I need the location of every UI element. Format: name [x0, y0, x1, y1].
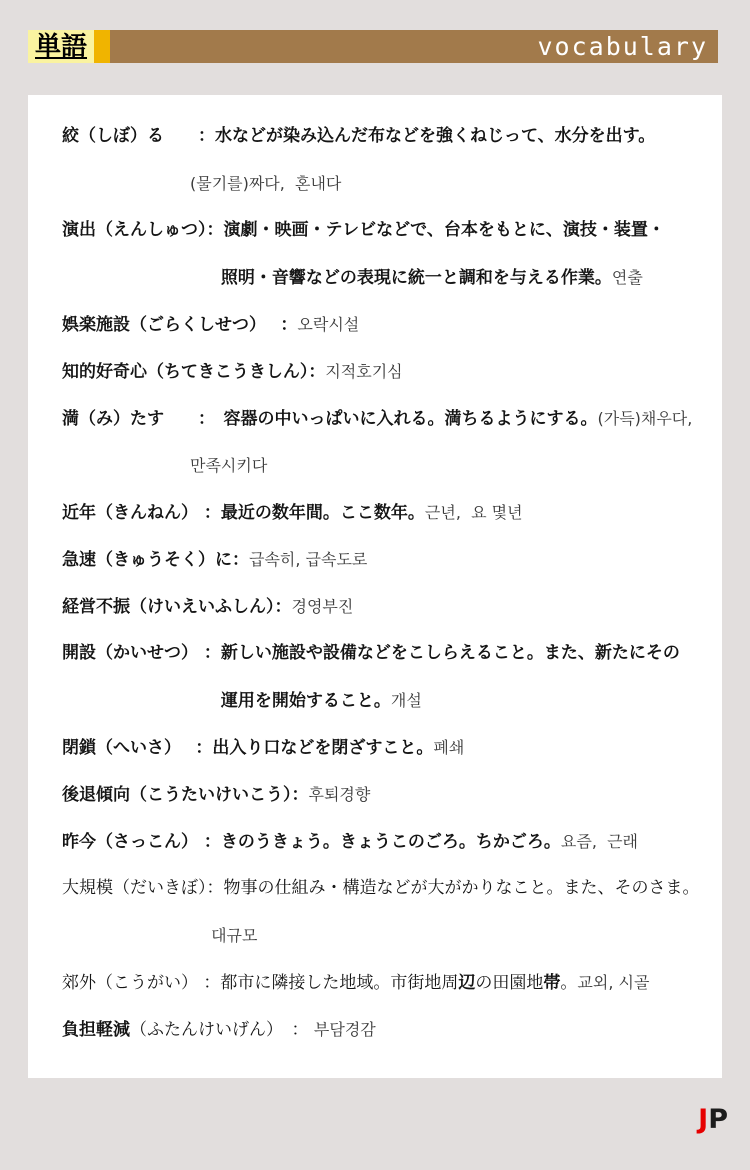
header-bar: vocabulary — [110, 30, 718, 63]
korean-text: 대규모 — [62, 926, 257, 945]
japanese-text: 郊外（こうがい） ：都市に隣接した地域。市街地周 — [62, 973, 458, 993]
japanese-text: 絞（しぼ）る ：水などが染み込んだ布などを強くねじって、水分を出す。 — [62, 126, 655, 146]
japanese-text: 開設（かいせつ） ：新しい施設や設備などをこしらえること。また、新たにその — [62, 643, 680, 663]
korean-text: (가득)채우다, — [598, 409, 693, 428]
korean-text: 급속히, 급속도로 — [249, 550, 367, 569]
korean-text: (물기를)짜다, 혼내다 — [62, 174, 341, 193]
japanese-text: 近年（きんねん） ：最近の数年間。ここ数年。 — [62, 503, 425, 523]
vocab-list: 絞（しぼ）る ：水などが染み込んだ布などを強くねじって、水分を出す。 (물기를)… — [62, 113, 716, 1053]
japanese-text: 閉鎖（へいさ） ：出入り口などを閉ざすこと。 — [62, 738, 433, 758]
japanese-text: 経営不振（けいえいふしん）： — [62, 597, 292, 617]
japanese-text: 昨今（さっこん） ：きのうきょう。きょうこのごろ。ちかごろ。 — [62, 832, 561, 852]
vocab-line: 대규모 — [62, 912, 716, 959]
vocab-line: 知的好奇心（ちてきこうきしん）：지적호기심 — [62, 348, 716, 395]
vocab-line: 急速（きゅうそく）に：급속히, 급속도로 — [62, 536, 716, 583]
vocab-line: 郊外（こうがい） ：都市に隣接した地域。市街地周辺の田園地帯。교외, 시골 — [62, 959, 716, 1006]
vocab-line: 絞（しぼ）る ：水などが染み込んだ布などを強くねじって、水分を出す。 — [62, 113, 716, 160]
vocab-card: 絞（しぼ）る ：水などが染み込んだ布などを強くねじって、水分を出す。 (물기를)… — [28, 95, 722, 1078]
korean-text: 근년, 요 몇년 — [425, 503, 523, 522]
japanese-text: 照明・音響などの表現に統一と調和を与える作業。 — [62, 268, 612, 288]
vocab-line: 開設（かいせつ） ：新しい施設や設備などをこしらえること。また、新たにその — [62, 630, 716, 677]
korean-text: 개설 — [391, 691, 422, 710]
japanese-text: 娯楽施設（ごらくしせつ） ： — [62, 315, 297, 335]
vocab-line: 経営不振（けいえいふしん）：경영부진 — [62, 583, 716, 630]
footer-logo: JP — [698, 1106, 728, 1133]
header: 単語 vocabulary — [28, 30, 718, 63]
korean-text: 후퇴경향 — [309, 785, 371, 804]
japanese-text: 満（み）たす ： 容器の中いっぱいに入れる。満ちるようにする。 — [62, 409, 598, 429]
japanese-text: 。 — [560, 973, 577, 993]
japanese-text: 辺 — [458, 973, 475, 993]
vocab-line: 娯楽施設（ごらくしせつ） ：오락시설 — [62, 301, 716, 348]
korean-text: 만족시키다 — [62, 456, 267, 475]
vocab-line: 負担軽減（ふたんけいげん） ： 부담경감 — [62, 1006, 716, 1053]
japanese-text: 帯 — [543, 973, 560, 993]
vocab-line: 昨今（さっこん） ：きのうきょう。きょうこのごろ。ちかごろ。요즘, 근래 — [62, 818, 716, 865]
japanese-text: 運用を開始すること。 — [62, 691, 391, 711]
korean-text: 지적호기심 — [325, 362, 402, 381]
japanese-text: 急速（きゅうそく）に： — [62, 550, 249, 570]
header-title-en: vocabulary — [537, 34, 708, 59]
vocab-line: 満（み）たす ： 容器の中いっぱいに入れる。満ちるようにする。(가득)채우다, — [62, 395, 716, 442]
korean-text: 폐쇄 — [433, 738, 464, 757]
logo-letter-j: J — [698, 1104, 708, 1135]
korean-text: 교외, 시골 — [577, 973, 649, 992]
vocab-line: 近年（きんねん） ：最近の数年間。ここ数年。근년, 요 몇년 — [62, 489, 716, 536]
header-title-highlight: 単語 — [28, 30, 94, 63]
japanese-text: 知的好奇心（ちてきこうきしん）： — [62, 362, 325, 382]
japanese-text: 大規模（だいきぼ）：物事の仕組み・構造などが大がかりなこと。また、そのさま。 — [62, 878, 700, 898]
vocab-line: 後退傾向（こうたいけいこう）：후퇴경향 — [62, 771, 716, 818]
logo-letter-p: P — [708, 1104, 728, 1135]
header-title-jp: 単語 — [35, 34, 87, 60]
japanese-text: 負担軽減 — [62, 1020, 130, 1040]
vocab-line: 演出（えんしゅつ）：演劇・映画・テレビなどで、台本をもとに、演技・装置・ — [62, 207, 716, 254]
vocab-line: (물기를)짜다, 혼내다 — [62, 160, 716, 207]
vocab-line: 閉鎖（へいさ） ：出入り口などを閉ざすこと。폐쇄 — [62, 724, 716, 771]
korean-text: 오락시설 — [297, 315, 359, 334]
japanese-text: （ふたんけいげん） ： — [130, 1020, 314, 1040]
vocab-line: 運用を開始すること。개설 — [62, 677, 716, 724]
vocab-line: 照明・音響などの表現に統一と調和を与える作業。연출 — [62, 254, 716, 301]
korean-text: 연출 — [612, 268, 643, 287]
vocab-line: 大規模（だいきぼ）：物事の仕組み・構造などが大がかりなこと。また、そのさま。 — [62, 865, 716, 912]
korean-text: 요즘, 근래 — [561, 832, 638, 851]
japanese-text: 演出（えんしゅつ）：演劇・映画・テレビなどで、台本をもとに、演技・装置・ — [62, 220, 665, 240]
korean-text: 부담경감 — [314, 1020, 376, 1039]
header-accent-strip — [94, 30, 110, 63]
japanese-text: の田園地 — [475, 973, 543, 993]
korean-text: 경영부진 — [292, 597, 354, 616]
japanese-text: 後退傾向（こうたいけいこう）： — [62, 785, 309, 805]
vocab-line: 만족시키다 — [62, 442, 716, 489]
